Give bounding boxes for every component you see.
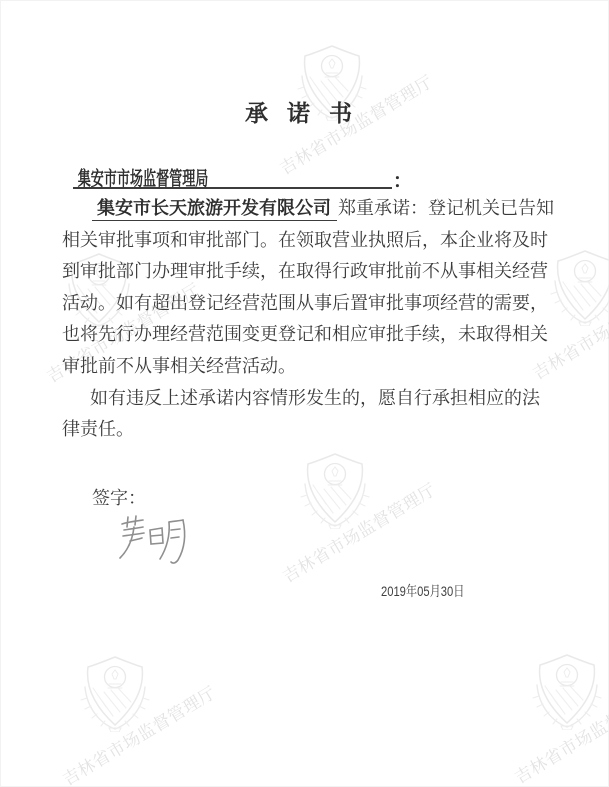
body-line-1: 集安市长天旅游开发有限公司郑重承诺：登记机关已告知 bbox=[62, 197, 554, 219]
company-name-field: 集安市长天旅游开发有限公司 bbox=[92, 198, 337, 221]
body-line-4: 活动。如有超出登记经营范围从事后置审批事项经营的需要， bbox=[62, 292, 548, 314]
body-line-1-text: 郑重承诺：登记机关已告知 bbox=[338, 198, 554, 218]
page-title: 承诺书 bbox=[245, 95, 371, 128]
body-line-5: 也将先行办理经营范围变更登记和相应审批手续，未取得相关 bbox=[62, 323, 548, 345]
watermark-seal-icon bbox=[295, 451, 375, 529]
watermark-seal-icon bbox=[75, 654, 155, 732]
recipient-colon: ： bbox=[393, 166, 412, 193]
recipient-line: 集安市市场监督管理局 bbox=[73, 163, 392, 189]
signature-label: 签字： bbox=[92, 484, 146, 510]
recipient-name: 集安市市场监督管理局 bbox=[73, 163, 208, 191]
body-line-2: 相关审批事项和审批部门。在领取营业执照后，本企业将及时 bbox=[62, 229, 548, 251]
commitment-letter-page: 吉林省市场监督管理厅 吉林省市场监督管理厅 吉林省市场监督管理厅 吉林省市场监督… bbox=[0, 0, 609, 787]
date-line: 2019年05月30日 bbox=[381, 581, 464, 601]
watermark-text: 吉林省市场监督管理厅 bbox=[277, 475, 439, 585]
watermark-seal-icon bbox=[545, 248, 609, 326]
body-line-7: 如有违反上述承诺内容情形发生的，愿自行承担相应的法 bbox=[62, 387, 540, 409]
watermark-text: 吉林省市场监督管理厅 bbox=[57, 678, 219, 787]
watermark-seal-icon bbox=[527, 652, 607, 730]
watermark-text: 吉林省市场监督管理厅 bbox=[509, 676, 609, 786]
body-line-6: 审批前不从事相关经营活动。 bbox=[62, 355, 296, 377]
body-line-3: 到审批部门办理审批手续，在取得行政审批前不从事相关经营 bbox=[62, 260, 548, 282]
signature-handwriting bbox=[116, 514, 190, 568]
body-line-8: 律责任。 bbox=[62, 418, 134, 440]
